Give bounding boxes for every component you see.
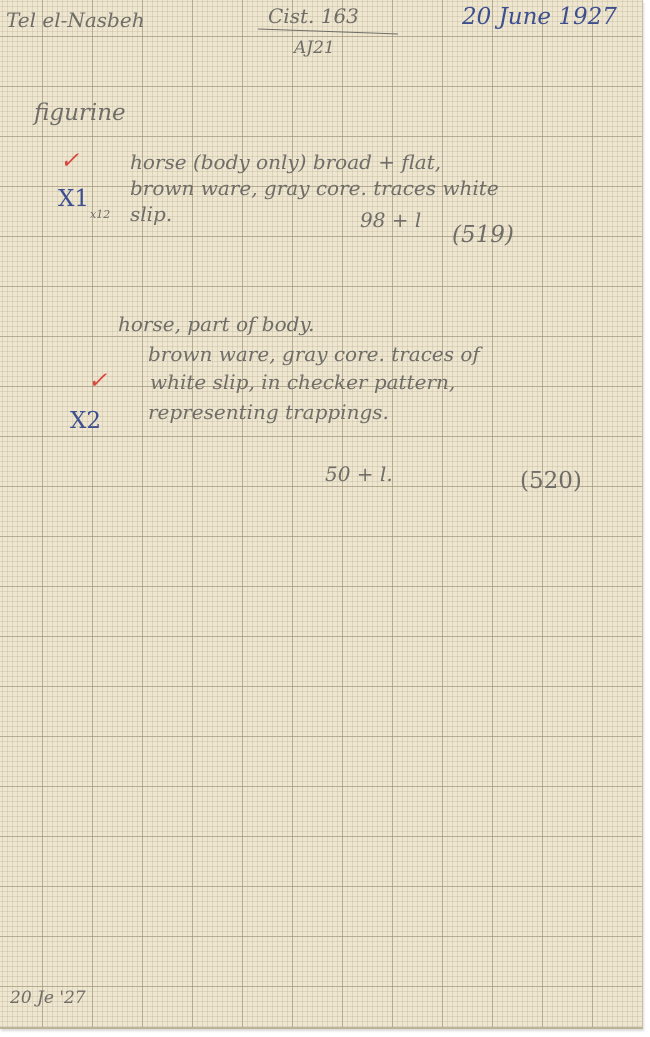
entry-subnumber: x12 [90,208,110,221]
footer-date-stamp: 20 Je '27 [10,988,86,1008]
check-mark-icon: ✓ [88,368,107,394]
area-code: AJ21 [294,38,335,58]
entry-line: brown ware, gray core. traces white [130,176,499,200]
entry-line: slip. [130,202,172,226]
record-card: Tel el-Nasbeh Cist. 163 AJ21 20 June 192… [0,0,643,1029]
entry-line: horse (body only) broad + flat, [130,150,441,174]
cist-underline [258,29,398,35]
site-name: Tel el-Nasbeh [6,8,145,32]
entry-line: representing trappings. [148,400,389,424]
check-mark-icon: ✓ [60,148,79,174]
registry-number: (520) [520,468,582,494]
entry-number: X2 [70,408,101,434]
entry-line: white slip, in checker pattern, [150,370,455,394]
entry-measure: 98 + l [360,208,421,232]
registry-number: (519) [452,222,514,248]
entry-line: brown ware, gray core. traces of [148,342,480,366]
entry-number: X1 [58,186,89,212]
cist-number: Cist. 163 [268,4,359,28]
category-label: figurine [34,100,126,126]
entry-measure: 50 + l. [325,462,393,486]
entry-line: horse, part of body. [118,312,314,336]
record-date: 20 June 1927 [462,4,617,30]
